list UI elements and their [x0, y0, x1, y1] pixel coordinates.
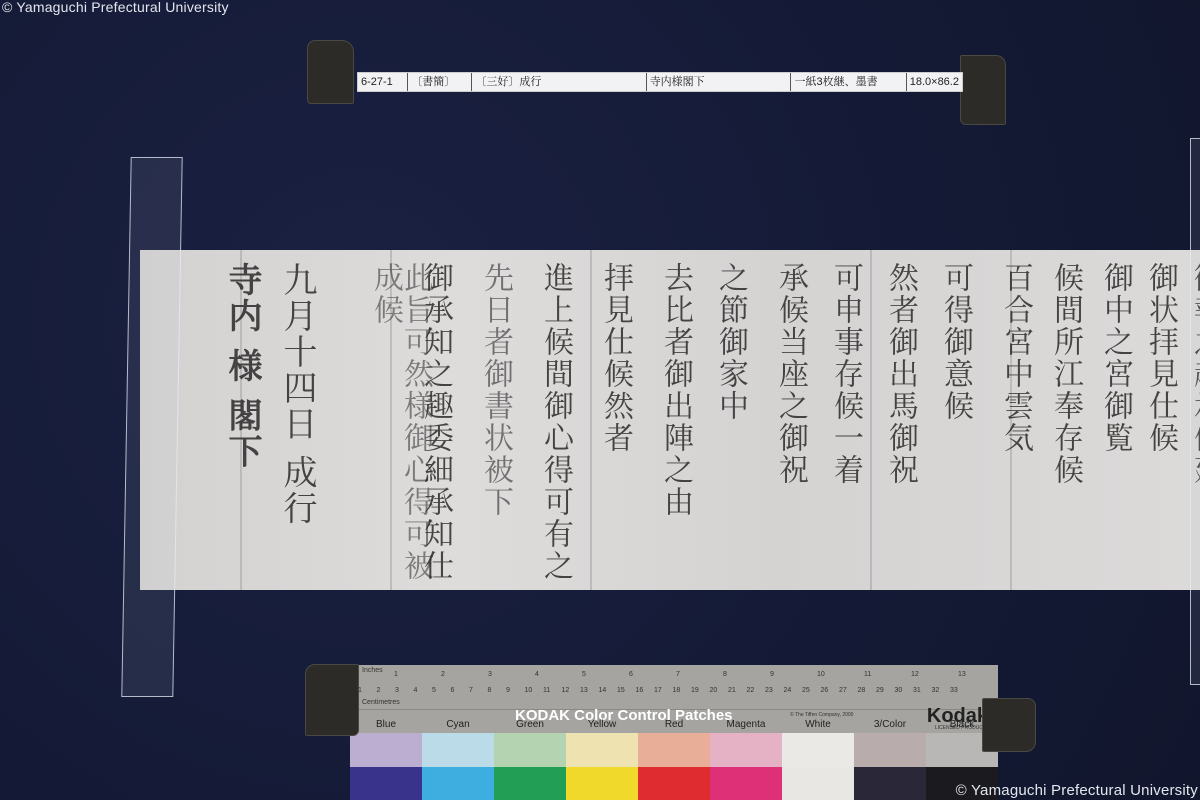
ruler-cm-tick: 32 — [932, 687, 940, 694]
ruler-inch-tick: 2 — [441, 671, 445, 678]
ruler-cm-tick: 19 — [691, 687, 699, 694]
patch-green — [494, 733, 566, 800]
ruler-cm-tick: 27 — [839, 687, 847, 694]
ruler-cm-tick: 29 — [876, 687, 884, 694]
ruler-cm-tick: 12 — [562, 687, 570, 694]
text-column: 承候当座之御祝 — [775, 262, 805, 486]
ruler-cm-tick: 9 — [506, 687, 510, 694]
ruler-inch-tick: 10 — [817, 671, 825, 678]
ruler-cm-tick: 14 — [599, 687, 607, 694]
ruler-cm-tick: 10 — [525, 687, 533, 694]
ruler-inch-tick: 5 — [582, 671, 586, 678]
watermark-bottom: © Yamaguchi Prefectural University — [956, 782, 1198, 799]
tape-top-left — [307, 40, 354, 104]
ruler-cm-tick: 25 — [802, 687, 810, 694]
tape-bottom-right — [982, 698, 1036, 752]
patch-label-yellow: Yellow — [566, 719, 638, 730]
patch-yellow — [566, 733, 638, 800]
watermark-top: © Yamaguchi Prefectural University — [2, 0, 229, 15]
ruler-cm-tick: 30 — [895, 687, 903, 694]
text-column: 拝見仕候然者 — [600, 262, 630, 454]
ruler-inch-tick: 11 — [864, 671, 871, 678]
ruler-cm-tick: 18 — [673, 687, 681, 694]
text-column: 進上候間御心得可有之 — [540, 262, 570, 582]
paper-fold — [870, 250, 872, 590]
ruler-cm-tick: 11 — [543, 687, 550, 694]
patch-3color — [854, 733, 926, 800]
ruler-cm-tick: 7 — [469, 687, 473, 694]
ruler-inch-tick: 1 — [394, 671, 398, 678]
text-column: 御中之宮御覧 — [1100, 262, 1130, 454]
patch-blue — [350, 733, 422, 800]
ruler-cm-label: Centimetres — [362, 699, 400, 706]
ruler-cm-tick: 22 — [747, 687, 755, 694]
tape-bottom-left — [305, 664, 359, 736]
ruler-inch-tick: 3 — [488, 671, 492, 678]
kodak-color-chart: Inches Centimetres 123456789101112131415… — [350, 665, 998, 800]
catalog-label: 6-27-1 〔書簡〕 〔三好〕成行 寺内様閣下 一紙3枚継、墨書 18.0×8… — [357, 72, 963, 92]
ruler-inch-tick: 8 — [723, 671, 727, 678]
ruler-cm-tick: 3 — [395, 687, 399, 694]
ruler-cm-tick: 20 — [710, 687, 718, 694]
ruler-cm-tick: 31 — [913, 687, 921, 694]
ruler-inch-tick: 13 — [958, 671, 966, 678]
ruler-cm-tick: 2 — [377, 687, 381, 694]
ruler-cm-tick: 15 — [617, 687, 625, 694]
patch-labels: Blue Cyan Green Yellow Red Magenta White… — [350, 719, 998, 730]
ruler-cm-tick: 17 — [654, 687, 662, 694]
ruler-inches-label: Inches — [362, 667, 383, 674]
patch-magenta — [710, 733, 782, 800]
ruler-inch-tick: 7 — [676, 671, 680, 678]
label-type: 〔書簡〕 — [408, 73, 472, 91]
ruler-cm-tick: 23 — [765, 687, 773, 694]
patch-label-green: Green — [494, 719, 566, 730]
ruler-cm-tick: 26 — [821, 687, 829, 694]
ruler-inch-tick: 4 — [535, 671, 539, 678]
ruler-cm-tick: 6 — [451, 687, 455, 694]
ruler-cm-tick: 16 — [636, 687, 644, 694]
patch-cyan — [422, 733, 494, 800]
ruler-inch-tick: 9 — [770, 671, 774, 678]
text-column: 然者御出馬御祝 — [885, 262, 915, 486]
patch-label-blue: Blue — [350, 719, 422, 730]
ruler-cm-tick: 8 — [488, 687, 492, 694]
ruler-cm-tick: 24 — [784, 687, 792, 694]
text-column: 御承知之趣委細承知仕 — [420, 262, 450, 582]
patch-label-white: White — [782, 719, 854, 730]
text-column: 先日者御書状被下 — [480, 262, 510, 518]
text-column: 百合宮中雲気 — [1000, 262, 1030, 454]
ruler-inch-tick: 12 — [911, 671, 919, 678]
ruler-cm-tick: 4 — [414, 687, 418, 694]
color-patches — [350, 733, 998, 800]
label-id: 6-27-1 — [358, 73, 408, 91]
patch-label-magenta: Magenta — [710, 719, 782, 730]
signature-column: 寺内 様 閣下 — [225, 262, 259, 470]
ruler-cm-tick: 21 — [728, 687, 736, 694]
text-column: 御状拝見仕候 — [1145, 262, 1175, 454]
patch-red — [638, 733, 710, 800]
ruler-cm-tick: 13 — [580, 687, 588, 694]
date-column: 九月十四日 成行 — [280, 262, 314, 527]
tape-top-right — [960, 55, 1006, 125]
letter-document: 寺内 様 閣下 九月十四日 成行 此旨可然様御心得可被成候 御承知之趣委細承知仕… — [140, 250, 1200, 590]
patch-label-red: Red — [638, 719, 710, 730]
acrylic-rod-left — [121, 157, 182, 697]
label-recipient: 寺内様閣下 — [647, 73, 792, 91]
label-size: 18.0×86.2 — [907, 73, 962, 91]
text-column: 可得御意候 — [940, 262, 970, 422]
label-author: 〔三好〕成行 — [472, 73, 646, 91]
patch-white — [782, 733, 854, 800]
ruler-cm-tick: 5 — [432, 687, 436, 694]
patch-label-cyan: Cyan — [422, 719, 494, 730]
patch-label-3color: 3/Color — [854, 719, 926, 730]
paper-fold — [590, 250, 592, 590]
text-column: 去比者御出陣之由 — [660, 262, 690, 518]
label-format: 一紙3枚継、墨書 — [791, 73, 906, 91]
text-column: 可申事存候一着 — [830, 262, 860, 486]
ruler-cm-tick: 28 — [858, 687, 866, 694]
acrylic-rod-right — [1190, 138, 1200, 685]
ruler-inch-tick: 6 — [629, 671, 633, 678]
chart-copyright: © The Tiffen Company, 2000 — [790, 712, 853, 718]
text-column: 之節御家中 — [715, 262, 745, 422]
ruler-cm-tick: 33 — [950, 687, 958, 694]
text-column: 候間所江奉存候 — [1050, 262, 1080, 486]
ruler: Inches Centimetres 123456789101112131415… — [350, 665, 998, 710]
